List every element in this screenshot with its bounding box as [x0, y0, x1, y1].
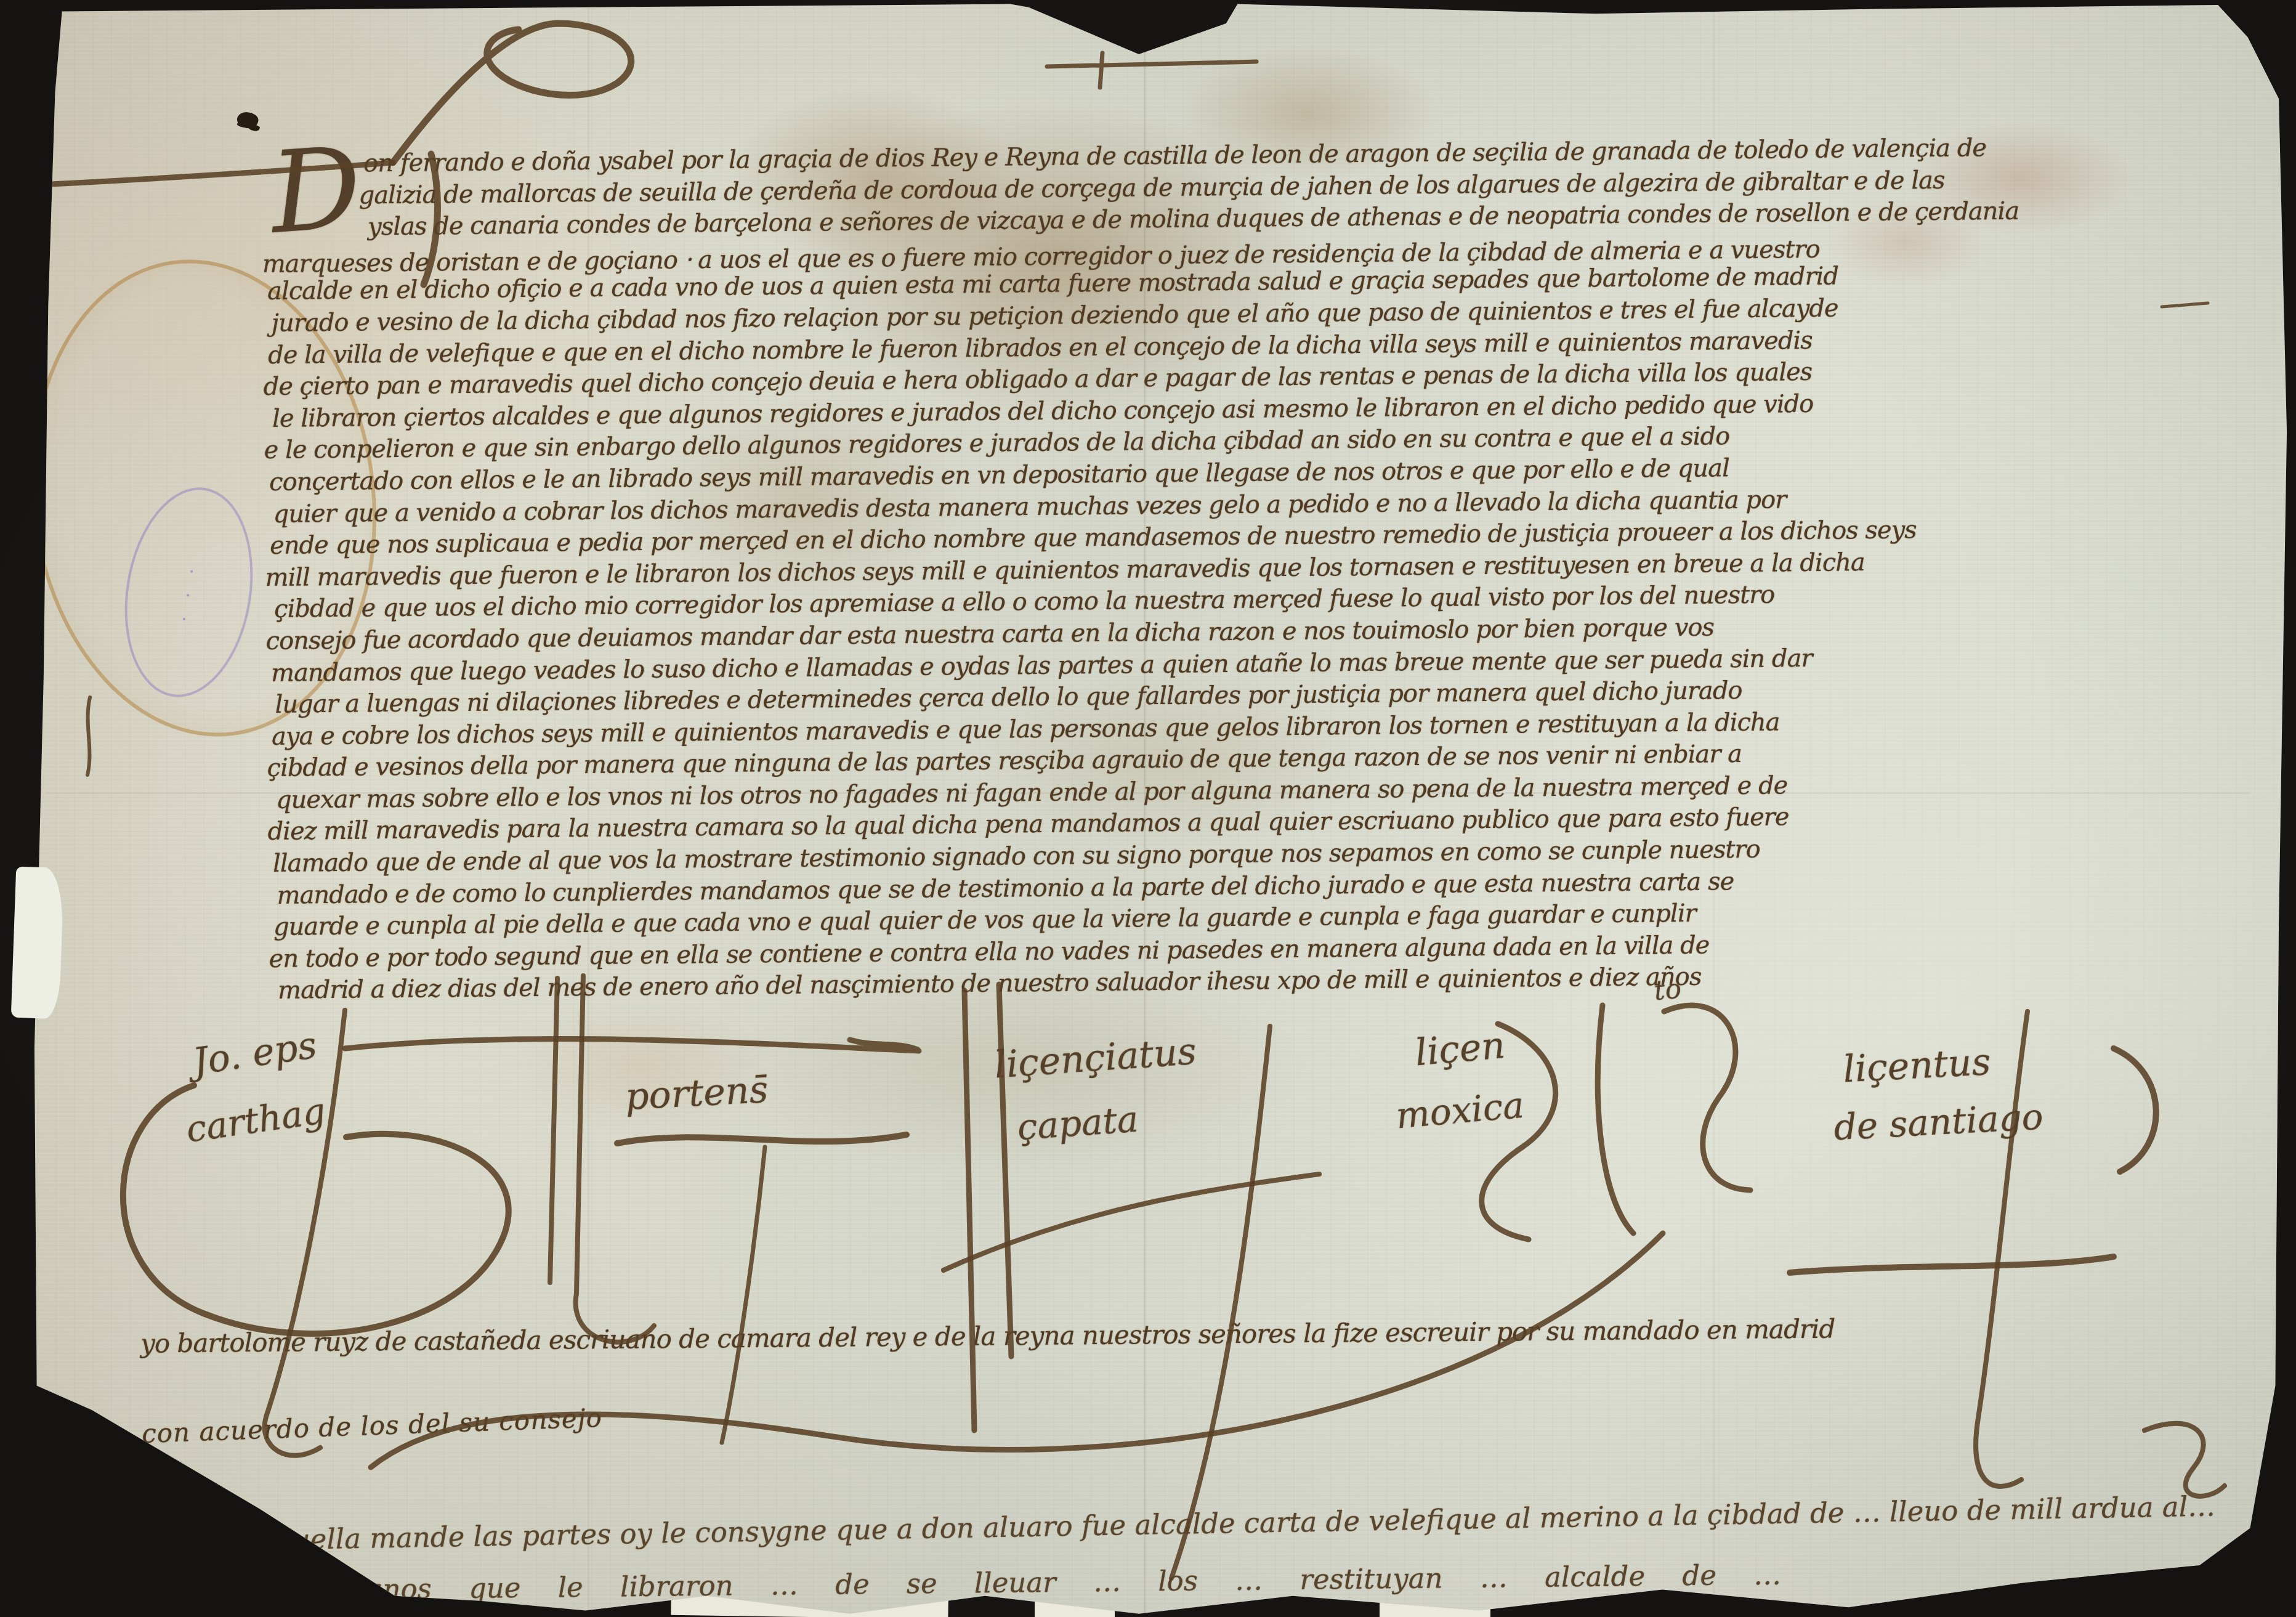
rubric-s2-underline [617, 1135, 907, 1143]
manuscript-sheet: · · · D on ferrando e doña ysabel por la… [0, 0, 2296, 1617]
rubric-s1-bar [345, 1039, 919, 1051]
repair-tissue-patch [11, 867, 65, 1019]
rubric-bottom-right [2144, 1424, 2225, 1496]
top-cross-mark [1047, 53, 1256, 87]
rubric-s2-tail [722, 1147, 765, 1443]
signature-bishop-cartagena: Jo. eps carthag [190, 1027, 328, 1145]
signature-line: çapata [1016, 1096, 1202, 1145]
signature-licenciado-moxica: to liçen moxica [1413, 1026, 1525, 1132]
signature-line: moxica [1394, 1087, 1526, 1134]
ink-blot [235, 109, 261, 131]
signature-line: liçentus [1842, 1041, 2041, 1088]
signature-line: Jo. eps [190, 1027, 318, 1081]
signature-licenciatus-zapata: liçençiatus çapata [993, 1033, 1202, 1147]
rubric-s1-verticals [550, 976, 654, 1342]
council-approval-line: con acuerdo de los del su consejo [141, 1403, 602, 1449]
docket-note-line: …ver a aquella mande las partes oy le co… [151, 1490, 2196, 1558]
archive-stamp-glyphs: · · · [174, 561, 204, 624]
signature-licenciado-de-santiago: liçentus de santiago [1842, 1041, 2044, 1145]
rubric-s3-cross [944, 1174, 1319, 1270]
signature-line: de santiago [1833, 1099, 2044, 1146]
scan-background: · · · D on ferrando e doña ysabel por la… [0, 0, 2296, 1617]
signature-superscript: to [1653, 973, 1683, 1007]
manuscript-body: on ferrando e doña ysabel por la graçia … [266, 132, 2219, 1008]
docket-note-line: los escriuanos que le libraron … de se l… [203, 1555, 2143, 1608]
signature-line: liçen [1413, 1026, 1520, 1071]
scribe-attestation-line: yo bartolome ruyz de castañeda escriuano… [140, 1310, 2201, 1358]
signature-line: portens̄ [625, 1071, 769, 1116]
signature-portens: portens̄ [625, 1071, 769, 1116]
rubric-s4-loops [1598, 1005, 1750, 1233]
signature-line: carthag [184, 1093, 328, 1148]
signature-line: liçençiatus [993, 1033, 1198, 1084]
margin-section-mark [87, 697, 90, 775]
